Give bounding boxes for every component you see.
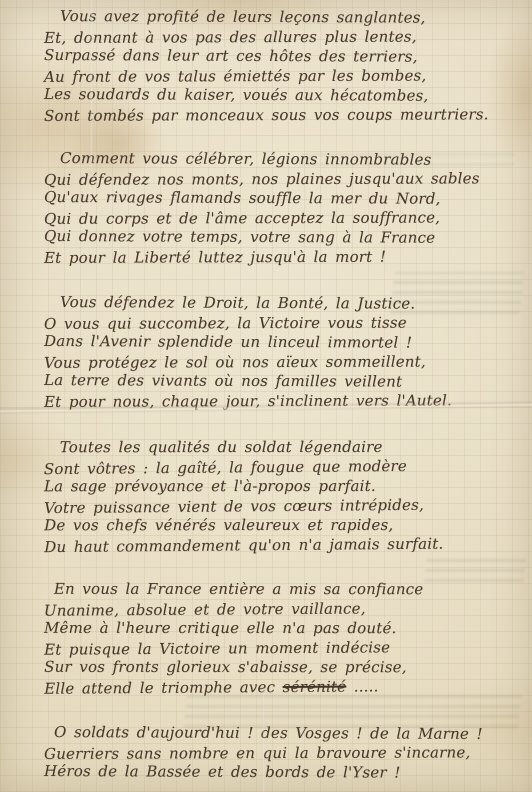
line-text-before: Elle attend le triomphe avec — [44, 678, 283, 698]
poem-line: Au front de vos talus émiettés par les b… — [44, 66, 522, 87]
struck-word: sérénité — [283, 677, 347, 695]
poem-line: Et puisque la Victoire un moment indécis… — [44, 637, 522, 660]
poem-line: O vous qui succombez, la Victoire vous t… — [44, 313, 522, 334]
fold-crease-vertical — [262, 688, 265, 792]
poem-line: Dans l'Avenir splendide un linceul immor… — [44, 332, 522, 354]
poem-line: O soldats d'aujourd'hui ! des Vosges ! d… — [54, 723, 522, 745]
poem-line: Les soudards du kaiser, voués aux hécato… — [44, 85, 522, 107]
poem-line: Sont tombés par monceaux sous vos coups … — [44, 105, 522, 126]
poem-line: Votre puissance vient de vos cœurs intré… — [44, 494, 522, 518]
poem-stanza-1: Vous avez profité de leurs leçons sangla… — [44, 8, 522, 125]
poem-line: Qui donnez votre temps, votre sang à la … — [44, 227, 522, 249]
ink-bleedthrough — [424, 556, 527, 582]
poem-line: Vous avez profité de leurs leçons sangla… — [60, 7, 522, 29]
poem-line: Même à l'heure critique elle n'a pas dou… — [44, 619, 522, 639]
poem-line: Vous protégez le sol où nos aïeux sommei… — [44, 352, 522, 373]
poem-line: Sur vos fronts glorieux s'abaisse, se pr… — [44, 658, 522, 678]
poem-line: La sage prévoyance et l'à-propos parfait… — [44, 477, 522, 497]
poem-line: Et pour la Liberté luttez jusqu'à la mor… — [44, 247, 522, 268]
poem-line: Vous défendez le Droit, la Bonté, la Jus… — [60, 293, 522, 315]
poem-line: Surpassé dans leur art ces hôtes des ter… — [44, 46, 522, 68]
fold-crease-vertical — [90, 0, 93, 170]
poem-line: Et, donnant à vos pas des allures plus l… — [44, 27, 522, 48]
poem-stanza-4: Toutes les qualités du soldat légendaire… — [44, 437, 523, 557]
poem-stanza-3: Vous défendez le Droit, la Bonté, la Jus… — [44, 294, 522, 411]
poem-line: Qui défendez nos monts, nos plaines jusq… — [44, 169, 522, 190]
line-text-after: ..... — [346, 677, 378, 695]
poem-line: La terre des vivants où nos familles vei… — [44, 371, 522, 393]
manuscript-page: Vous avez profité de leurs leçons sangla… — [0, 0, 532, 792]
poem-line: En vous la France entière a mis sa confi… — [54, 580, 522, 600]
poem-line: Qu'aux rivages flamands souffle la mer d… — [44, 188, 522, 210]
poem-stanza-5: En vous la France entière a mis sa confi… — [44, 579, 522, 698]
poem-line: De vos chefs vénérés valeureux et rapide… — [44, 516, 522, 536]
poem-line: Qui du corps et de l'âme acceptez la sou… — [44, 208, 522, 229]
poem-stanza-6: O soldats d'aujourd'hui ! des Vosges ! d… — [44, 724, 522, 783]
poem-line: Unanime, absolue et de votre vaillance, — [44, 598, 522, 621]
poem-line: Héros de la Bassée et des bords de l'Yse… — [44, 762, 522, 784]
poem-line: Toutes les qualités du soldat légendaire — [60, 438, 522, 458]
poem-line: Sont vôtres : la gaîté, la fougue que mo… — [44, 455, 522, 479]
poem-line-with-strikethrough: Elle attend le triomphe avec sérénité ..… — [44, 676, 522, 699]
poem-line: Du haut commandement qu'on n'a jamais su… — [44, 533, 522, 557]
poem-stanza-2: Comment vous célébrer, légions innombrab… — [44, 150, 522, 267]
poem-line: Guerriers sans nombre en qui la bravoure… — [44, 743, 522, 764]
poem-line: Comment vous célébrer, légions innombrab… — [60, 149, 522, 171]
